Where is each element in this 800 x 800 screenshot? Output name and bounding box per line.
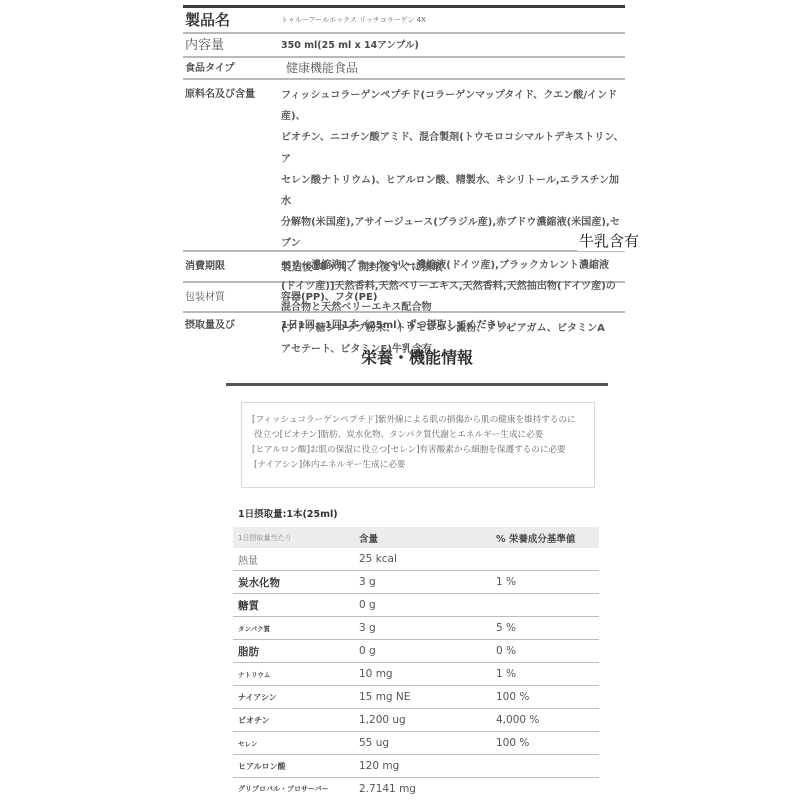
- spec-row-product-name: 製品名 トゥルーアールエックス リッチコラーゲン 4X: [183, 8, 625, 34]
- table-row: セレン 55 ug 100 %: [233, 732, 599, 755]
- nutrient-percent: 100 %: [496, 737, 599, 749]
- nutrient-percent: 4,000 %: [496, 714, 599, 726]
- nutrient-percent: 1 %: [496, 668, 599, 680]
- table-row: ヒアルロン酸 120 mg: [233, 755, 599, 778]
- nutrient-name: ヒアルロン酸: [233, 761, 358, 772]
- nutrient-percent: 1 %: [496, 576, 599, 588]
- spec-row-food-type: 食品タイプ 健康機能食品: [183, 58, 625, 80]
- ingredients-line: ビオチン、ニコチン酸アミド、混合製剤(トウモロコシマルトデキストリン、ア: [281, 127, 625, 169]
- nutrient-name: 熱量: [233, 552, 358, 567]
- nutrient-amount: 25 kcal: [358, 553, 496, 565]
- spec-label: 製品名: [183, 8, 281, 32]
- nutrient-name: セレン: [233, 739, 358, 748]
- table-row: ビオチン 1,200 ug 4,000 %: [233, 709, 599, 732]
- nutrient-amount: 0 g: [358, 599, 496, 611]
- nutrient-name: 炭水化物: [233, 575, 358, 590]
- ingredients-line: セレン酸ナトリウム)、ヒアルロン酸、精製水、キシリトール,エラスチン加水: [281, 170, 625, 212]
- function-claims-box: [フィッシュコラーゲンペプチド]紫外線による肌の損傷から肌の健康を維持するのに …: [241, 402, 595, 488]
- section-divider: [226, 383, 608, 386]
- nutrient-name: 脂肪: [233, 644, 358, 659]
- nutrient-amount: 1,200 ug: [358, 714, 496, 726]
- spec-value: 健康機能食品: [281, 58, 625, 79]
- product-label-page: 製品名 トゥルーアールエックス リッチコラーゲン 4X 内容量 350 ml(2…: [0, 0, 800, 800]
- nutrient-name: ナトリウム: [233, 670, 358, 679]
- milk-allergen-note: 牛乳含有: [577, 230, 641, 251]
- spec-row-ingredients: 原料名及び含量 フィッシュコラーゲンペプチド(コラーゲンマップタイド、クエン酸/…: [183, 80, 625, 252]
- spec-label: 原料名及び含量: [183, 85, 281, 105]
- nutrient-name: ビオチン: [233, 715, 358, 726]
- column-header-percent-dv: % 栄養成分基準値: [496, 531, 599, 545]
- nutrient-amount: 2.7141 mg: [358, 783, 496, 795]
- section-title: 栄養・機能情報: [226, 345, 608, 368]
- nutrient-amount: 3 g: [358, 622, 496, 634]
- nutrient-amount: 10 mg: [358, 668, 496, 680]
- nutrient-name: ナイアシン: [233, 692, 358, 703]
- table-row: ナトリウム 10 mg 1 %: [233, 663, 599, 686]
- spec-label: 消費期限: [183, 252, 281, 282]
- spec-value: 1日1回、1回1本（25ml）ずつ摂取してください。: [281, 313, 625, 339]
- ingredients-line: フィッシュコラーゲンペプチド(コラーゲンマップタイド、クエン酸/インド産)、: [281, 85, 625, 127]
- spec-value: 製造後18ヶ月、開封後すぐに摂取: [281, 252, 625, 282]
- claim-line: [ヒアルロン酸]お肌の保湿に役立つ[セレン]有害酸素から細胞を保護するのに必要: [252, 443, 584, 458]
- nutrient-percent: 100 %: [496, 691, 599, 703]
- product-spec-table: 製品名 トゥルーアールエックス リッチコラーゲン 4X 内容量 350 ml(2…: [183, 5, 625, 339]
- spec-row-dosage: 摂取量及び 1日1回、1回1本（25ml）ずつ摂取してください。: [183, 313, 625, 339]
- table-row: 熱量 25 kcal: [233, 548, 599, 571]
- table-row: タンパク質 3 g 5 %: [233, 617, 599, 640]
- daily-intake-title: 1日摂取量:1本(25ml): [238, 506, 338, 520]
- nutrient-amount: 55 ug: [358, 737, 496, 749]
- spec-label: 摂取量及び: [183, 313, 281, 339]
- spec-value: 容器(PP)、フタ(PE): [281, 283, 625, 312]
- nutrient-name: タンパク質: [233, 624, 358, 633]
- table-row: 糖質 0 g: [233, 594, 599, 617]
- nutrient-amount: 120 mg: [358, 760, 496, 772]
- spec-label: 包装材質: [183, 283, 281, 312]
- spec-row-volume: 内容量 350 ml(25 ml x 14アンプル): [183, 34, 625, 58]
- spec-row-packaging: 包装材質 容器(PP)、フタ(PE): [183, 283, 625, 313]
- table-header-row: 1日摂取量当たり 含量 % 栄養成分基準値: [233, 527, 599, 548]
- table-row: ナイアシン 15 mg NE 100 %: [233, 686, 599, 709]
- claim-line: [ナイアシン]体内エネルギー生成に必要: [252, 458, 584, 473]
- spec-value: 350 ml(25 ml x 14アンプル): [281, 34, 625, 57]
- nutrient-amount: 0 g: [358, 645, 496, 657]
- column-header-amount: 含量: [358, 531, 496, 545]
- nutrient-percent: 5 %: [496, 622, 599, 634]
- nutrition-table: 1日摂取量当たり 含量 % 栄養成分基準値 熱量 25 kcal 炭水化物 3 …: [233, 527, 599, 800]
- ingredients-line: 分解物(米国産),アサイージュース(ブラジル産),赤ブドウ濃縮液(米国産),セブ…: [281, 212, 625, 254]
- table-row: 炭水化物 3 g 1 %: [233, 571, 599, 594]
- spec-value: トゥルーアールエックス リッチコラーゲン 4X: [281, 8, 625, 32]
- spec-row-expiry: 消費期限 製造後18ヶ月、開封後すぐに摂取: [183, 252, 625, 283]
- table-row: 脂肪 0 g 0 %: [233, 640, 599, 663]
- table-row: グリプロバル・プロサーバー 2.7141 mg: [233, 778, 599, 800]
- spec-label: 内容量: [183, 34, 281, 57]
- nutrient-name: グリプロバル・プロサーバー: [233, 784, 358, 794]
- nutrient-percent: 0 %: [496, 645, 599, 657]
- spec-label: 食品タイプ: [183, 58, 281, 79]
- claim-line: [フィッシュコラーゲンペプチド]紫外線による肌の損傷から肌の健康を維持するのに: [252, 413, 584, 428]
- claim-line: 役立つ[ビオチン]脂肪、炭水化物、タンパク質代謝とエネルギー生成に必要: [252, 428, 584, 443]
- nutrient-name: 糖質: [233, 598, 358, 613]
- nutrient-amount: 3 g: [358, 576, 496, 588]
- column-header-per-day: 1日摂取量当たり: [233, 533, 358, 543]
- nutrient-amount: 15 mg NE: [358, 691, 496, 703]
